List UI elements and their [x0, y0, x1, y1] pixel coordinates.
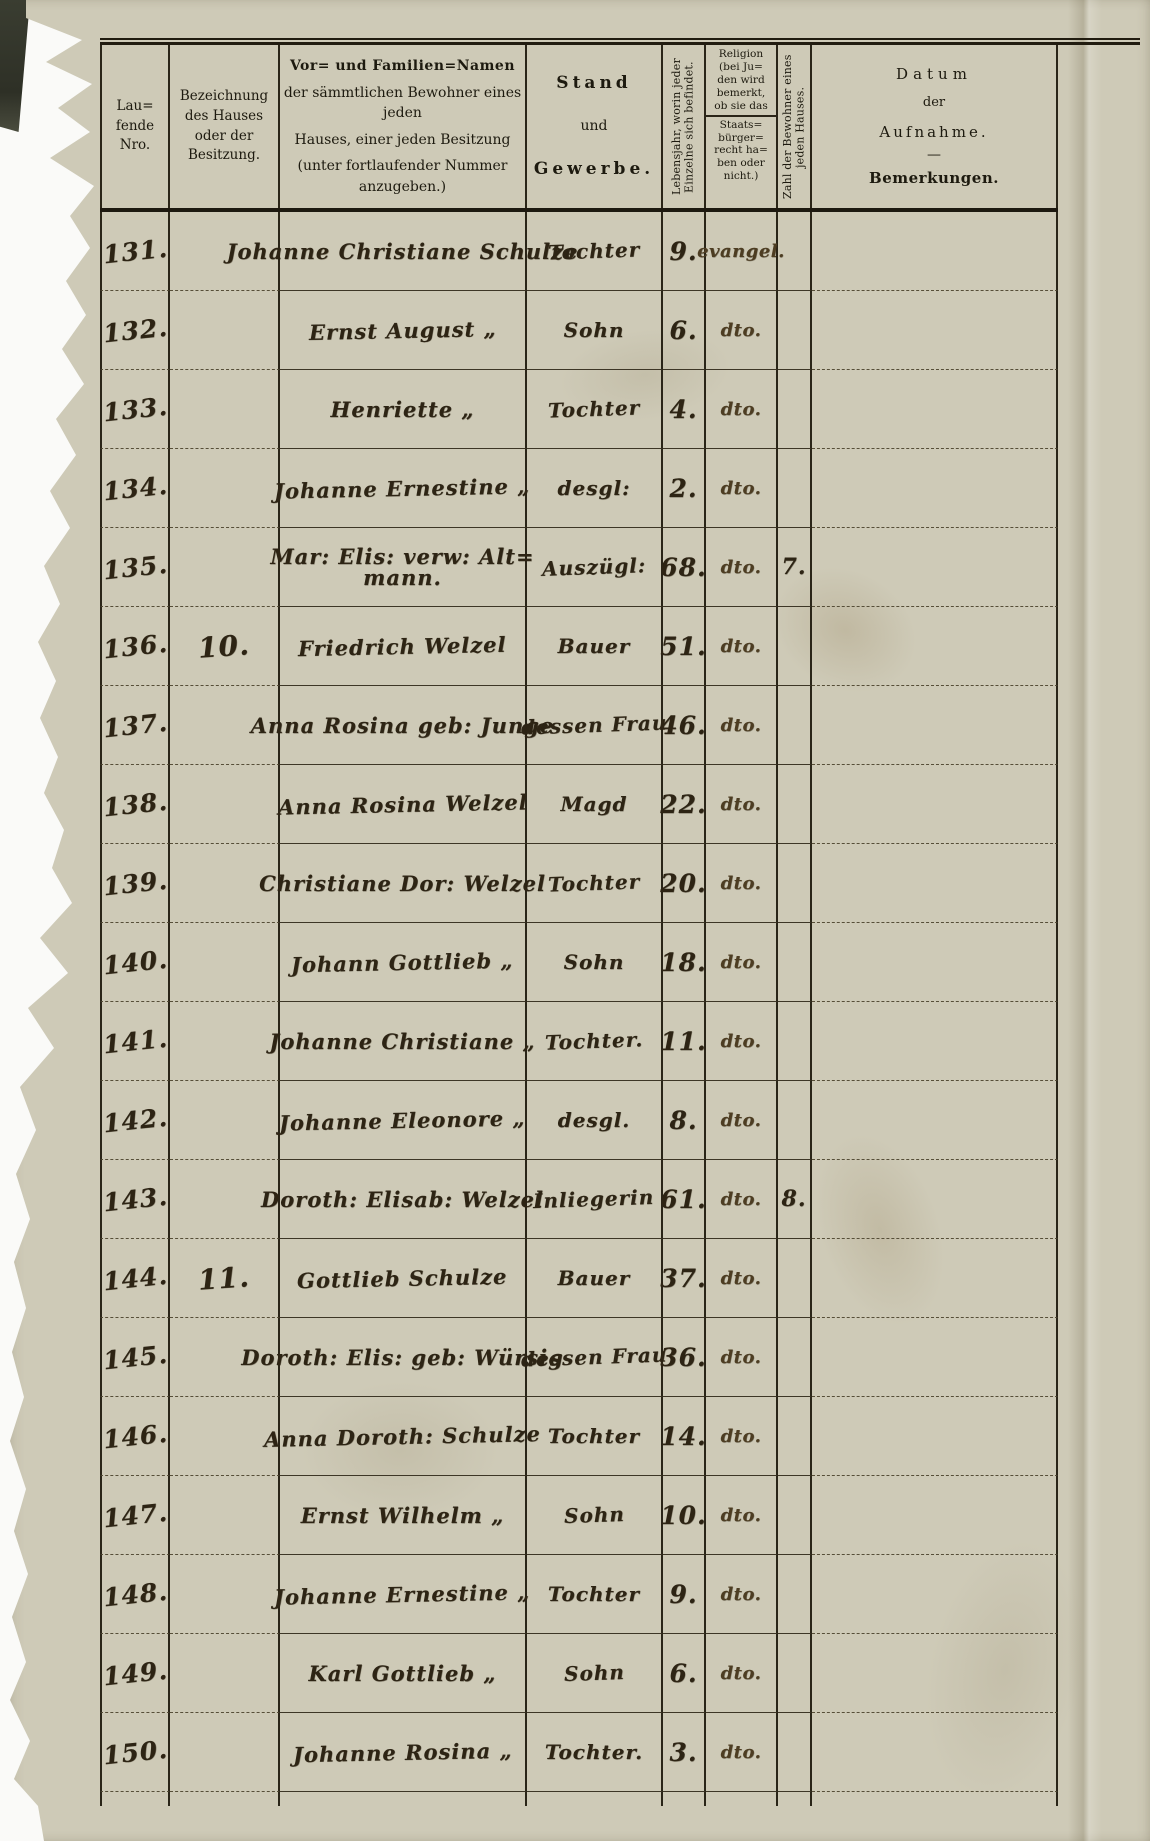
cell-inhabitant-name: Johanne Ernestine „: [280, 449, 527, 528]
cell-laufende-nro: 132.: [100, 291, 170, 370]
status-occupation: Magd: [560, 792, 627, 816]
header-stand-gewerbe: Stand und Gewerbe.: [527, 45, 663, 208]
status-occupation: Sohn: [564, 318, 625, 342]
table-top-double-rule: [100, 38, 1140, 45]
religion-header-divider: [706, 115, 776, 117]
cell-stand-gewerbe: Sohn: [527, 291, 663, 370]
cell-stand-gewerbe: Magd: [527, 765, 663, 844]
age-value: 9.: [669, 1580, 697, 1609]
status-occupation: Bauer: [558, 1266, 631, 1290]
inhabitant-name-line2: mann.: [363, 565, 442, 590]
status-occupation: Sohn: [563, 1502, 625, 1528]
cell-age: 18.: [663, 923, 706, 1002]
cell-stand-gewerbe: Tochter.: [527, 1002, 663, 1081]
cell-stand-gewerbe: Sohn: [527, 923, 663, 1002]
cell-datum-bemerkungen: [812, 765, 1058, 844]
cell-religion: dto.: [706, 844, 778, 923]
cell-laufende-nro: 145.: [100, 1318, 170, 1397]
header-title: Vor= und Familien=Namen: [290, 56, 515, 76]
cell-inhabitants-count: [778, 844, 812, 923]
cell-house-number: [170, 528, 280, 607]
inhabitants-count: 8.: [782, 1186, 807, 1212]
table-row: 137. Anna Rosina geb: Junge dessen Frau …: [100, 686, 1058, 765]
age-value: 36.: [660, 1343, 707, 1372]
cell-laufende-nro: 141.: [100, 1002, 170, 1081]
cell-stand-gewerbe: dessen Frau: [527, 1318, 663, 1397]
cell-age: 4.: [663, 370, 706, 449]
cell-stand-gewerbe: Sohn: [527, 1476, 663, 1555]
header-text: Datum: [896, 64, 972, 86]
cell-age: 68.: [663, 528, 706, 607]
cell-inhabitants-count: [778, 1476, 812, 1555]
cell-age: 6.: [663, 291, 706, 370]
cell-religion: dto.: [706, 765, 778, 844]
header-text: (bei Ju=: [719, 61, 763, 74]
cell-laufende-nro: 142.: [100, 1081, 170, 1160]
register-table: Lau= fende Nro. Bezeichnung des Hauses o…: [100, 45, 1058, 1806]
cell-inhabitant-name: Karl Gottlieb „: [280, 1634, 527, 1713]
cell-religion: dto.: [706, 1634, 778, 1713]
cell-datum-bemerkungen: [812, 1081, 1058, 1160]
header-text: (unter fortlaufender Nummer anzugeben.): [282, 156, 523, 197]
inhabitant-name: Johanne Ernestine „: [274, 1579, 531, 1609]
header-text: Nro.: [120, 136, 150, 156]
cell-inhabitants-count: [778, 212, 812, 291]
cell-stand-gewerbe: Sohn: [527, 1634, 663, 1713]
cell-inhabitants-count: [778, 1081, 812, 1160]
inhabitant-name: Johann Gottlieb „: [291, 947, 514, 977]
cell-house-number: [170, 291, 280, 370]
cell-inhabitant-name: Gottlieb Schulze: [280, 1239, 527, 1318]
row-number: 146.: [101, 1418, 169, 1454]
paper-sheet: Lau= fende Nro. Bezeichnung des Hauses o…: [0, 0, 1150, 1841]
cell-age: 11.: [663, 1002, 706, 1081]
religion-value: dto.: [721, 794, 762, 815]
cell-house-number: [170, 1002, 280, 1081]
cell-inhabitant-name: Anna Doroth: Schulze: [280, 1397, 527, 1476]
cell-inhabitants-count: [778, 1239, 812, 1318]
table-row: 147. Ernst Wilhelm „ Sohn 10. dto.: [100, 1476, 1058, 1555]
cell-datum-bemerkungen: [812, 686, 1058, 765]
table-row: 141. Johanne Christiane „ Tochter. 11. d…: [100, 1002, 1058, 1081]
status-occupation: Inliegerin: [533, 1185, 655, 1213]
cell-religion: dto.: [706, 528, 778, 607]
cell-stand-gewerbe: desgl:: [527, 449, 663, 528]
cell-religion: evangel.: [706, 212, 778, 291]
cell-religion: dto.: [706, 370, 778, 449]
cell-inhabitant-name: Johanne Eleonore „: [280, 1081, 527, 1160]
header-text: ob sie das: [714, 100, 768, 113]
age-value: 46.: [660, 711, 707, 740]
cell-inhabitant-name: Johanne Ernestine „: [280, 1555, 527, 1634]
cell-laufende-nro: 131.: [100, 212, 170, 291]
religion-value: dto.: [721, 1584, 762, 1605]
age-value: 51.: [660, 632, 707, 661]
cell-inhabitant-name: Henriette „: [280, 370, 527, 449]
underlying-cover-edge: [0, 0, 30, 132]
paper-crease: [1068, 0, 1102, 1841]
status-occupation: Auszügl:: [542, 553, 647, 581]
age-value: 18.: [660, 948, 707, 977]
cell-stand-gewerbe: Auszügl:: [527, 528, 663, 607]
age-value: 37.: [660, 1264, 707, 1293]
religion-value: dto.: [721, 1347, 762, 1368]
row-number: 138.: [101, 786, 169, 822]
cell-laufende-nro: 146.: [100, 1397, 170, 1476]
row-number: 132.: [101, 312, 169, 348]
table-row: 148. Johanne Ernestine „ Tochter 9. dto.: [100, 1555, 1058, 1634]
em-dash-divider: —: [927, 153, 941, 159]
age-value: 11.: [660, 1027, 707, 1056]
cell-laufende-nro: 150.: [100, 1713, 170, 1792]
cell-inhabitant-name: Mar: Elis: verw: Alt= mann.: [280, 528, 527, 607]
table-body: 131. Johanne Christiane Schulze Tochter …: [100, 212, 1058, 1792]
cell-religion: dto.: [706, 1239, 778, 1318]
cell-age: 2.: [663, 449, 706, 528]
header-laufende-nro: Lau= fende Nro.: [100, 45, 170, 208]
row-number: 136.: [101, 628, 169, 664]
cell-datum-bemerkungen: [812, 923, 1058, 1002]
religion-value: dto.: [721, 1031, 762, 1052]
cell-age: 20.: [663, 844, 706, 923]
cell-inhabitants-count: [778, 1397, 812, 1476]
cell-age: 6.: [663, 1634, 706, 1713]
header-text: Besitzung.: [188, 146, 260, 166]
row-number: 135.: [101, 549, 169, 585]
cell-house-number: [170, 1081, 280, 1160]
inhabitant-name: Karl Gottlieb „: [309, 1661, 497, 1686]
age-value: 61.: [660, 1185, 707, 1214]
row-number: 133.: [101, 391, 169, 427]
header-vertical-text: Zahl der Bewohner eines jeden Hauses.: [782, 48, 807, 206]
status-occupation: desgl.: [558, 1108, 631, 1132]
cell-inhabitant-name: Doroth: Elis: geb: Würsig: [280, 1318, 527, 1397]
row-number: 140.: [101, 944, 169, 980]
header-text: der sämmtlichen Bewohner eines jeden: [282, 83, 523, 124]
cell-age: 9.: [663, 1555, 706, 1634]
status-occupation: Sohn: [563, 1660, 625, 1686]
header-text: recht ha=: [714, 144, 768, 157]
table-row: 149. Karl Gottlieb „ Sohn 6. dto.: [100, 1634, 1058, 1713]
cell-datum-bemerkungen: [812, 1002, 1058, 1081]
cell-stand-gewerbe: Inliegerin: [527, 1160, 663, 1239]
cell-religion: dto.: [706, 607, 778, 686]
cell-inhabitants-count: [778, 449, 812, 528]
age-value: 3.: [669, 1738, 697, 1767]
cell-inhabitants-count: [778, 291, 812, 370]
status-occupation: dessen Frau: [520, 1342, 667, 1371]
inhabitant-name: Gottlieb Schulze: [297, 1263, 508, 1292]
cell-inhabitants-count: 8.: [778, 1160, 812, 1239]
cell-religion: dto.: [706, 1002, 778, 1081]
table-row: 134. Johanne Ernestine „ desgl: 2. dto.: [100, 449, 1058, 528]
cell-religion: dto.: [706, 1397, 778, 1476]
header-bezeichnung-haus: Bezeichnung des Hauses oder der Besitzun…: [170, 45, 280, 208]
inhabitant-name: Ernst August „: [308, 316, 496, 345]
table-row: 144. 11. Gottlieb Schulze Bauer 37. dto.: [100, 1239, 1058, 1318]
inhabitant-name: Doroth: Elis: geb: Würsig: [241, 1345, 564, 1370]
cell-inhabitant-name: Johanne Christiane Schulze: [280, 212, 527, 291]
cell-laufende-nro: 138.: [100, 765, 170, 844]
religion-value: dto.: [721, 715, 762, 736]
header-text: Aufnahme.: [879, 122, 988, 144]
status-occupation: Tochter: [548, 1582, 640, 1606]
cell-inhabitant-name: Anna Rosina geb: Junge: [280, 686, 527, 765]
table-header-row: Lau= fende Nro. Bezeichnung des Hauses o…: [100, 45, 1058, 212]
status-occupation: Sohn: [564, 950, 625, 974]
religion-value: dto.: [721, 873, 762, 894]
header-vertical-text: Lebensjahr, worin jeder Einzelne sich be…: [671, 48, 696, 206]
inhabitant-name: Johanne Christiane „: [269, 1029, 535, 1054]
age-value: 9.: [669, 237, 697, 266]
religion-value: dto.: [721, 320, 762, 341]
cell-inhabitant-name: Friedrich Welzel: [280, 607, 527, 686]
cell-stand-gewerbe: desgl.: [527, 1081, 663, 1160]
inhabitant-name: Anna Doroth: Schulze: [264, 1421, 541, 1452]
religion-value: dto.: [721, 952, 762, 973]
cell-religion: dto.: [706, 1160, 778, 1239]
age-value: 68.: [660, 553, 707, 582]
cell-datum-bemerkungen: [812, 607, 1058, 686]
cell-house-number: [170, 449, 280, 528]
table-row: 138. Anna Rosina Welzel Magd 22. dto.: [100, 765, 1058, 844]
cell-datum-bemerkungen: [812, 1713, 1058, 1792]
religion-value: dto.: [721, 1663, 762, 1684]
cell-datum-bemerkungen: [812, 449, 1058, 528]
cell-house-number: [170, 1476, 280, 1555]
cell-datum-bemerkungen: [812, 1239, 1058, 1318]
cell-age: 46.: [663, 686, 706, 765]
header-text: Staats=: [720, 119, 763, 132]
cell-house-number: [170, 1555, 280, 1634]
row-number: 141.: [101, 1023, 169, 1059]
status-occupation: desgl:: [558, 476, 631, 500]
inhabitant-name: Doroth: Elisab: Welzel: [261, 1187, 544, 1212]
inhabitant-name: Johanne Christiane Schulze: [227, 239, 579, 264]
inhabitant-name: Henriette „: [330, 397, 474, 422]
inhabitants-count: 7.: [782, 554, 807, 580]
row-number: 145.: [101, 1339, 169, 1375]
cell-religion: dto.: [706, 1713, 778, 1792]
religion-value: dto.: [721, 399, 762, 420]
status-occupation: Bauer: [558, 634, 631, 658]
cell-stand-gewerbe: Bauer: [527, 1239, 663, 1318]
cell-house-number: [170, 1634, 280, 1713]
table-row: 131. Johanne Christiane Schulze Tochter …: [100, 212, 1058, 291]
cell-inhabitants-count: [778, 923, 812, 1002]
cell-datum-bemerkungen: [812, 370, 1058, 449]
inhabitant-name: Friedrich Welzel: [298, 631, 507, 660]
cell-inhabitant-name: Johann Gottlieb „: [280, 923, 527, 1002]
status-occupation: Tochter.: [545, 1740, 643, 1764]
table-row: 136. 10. Friedrich Welzel Bauer 51. dto.: [100, 607, 1058, 686]
table-row: 140. Johann Gottlieb „ Sohn 18. dto.: [100, 923, 1058, 1002]
cell-inhabitants-count: [778, 1002, 812, 1081]
table-row: 143. Doroth: Elisab: Welzel Inliegerin 6…: [100, 1160, 1058, 1239]
cell-laufende-nro: 133.: [100, 370, 170, 449]
header-text: und: [581, 116, 608, 136]
age-value: 22.: [660, 790, 707, 819]
inhabitant-name: Christiane Dor: Welzel: [259, 871, 546, 896]
religion-value: dto.: [721, 557, 762, 578]
cell-stand-gewerbe: Tochter.: [527, 1713, 663, 1792]
age-value: 10.: [660, 1501, 707, 1530]
table-row: 145. Doroth: Elis: geb: Würsig dessen Fr…: [100, 1318, 1058, 1397]
cell-laufende-nro: 147.: [100, 1476, 170, 1555]
cell-inhabitant-name: Anna Rosina Welzel: [280, 765, 527, 844]
cell-laufende-nro: 143.: [100, 1160, 170, 1239]
cell-datum-bemerkungen: [812, 844, 1058, 923]
cell-datum-bemerkungen: [812, 212, 1058, 291]
cell-inhabitants-count: [778, 765, 812, 844]
cell-stand-gewerbe: Bauer: [527, 607, 663, 686]
header-text: fende: [116, 117, 154, 137]
religion-value: dto.: [721, 1742, 762, 1763]
table-row: 142. Johanne Eleonore „ desgl. 8. dto.: [100, 1081, 1058, 1160]
cell-house-number: 10.: [170, 607, 280, 686]
religion-value: dto.: [721, 1268, 762, 1289]
status-occupation: Tochter.: [544, 1027, 643, 1054]
cell-inhabitant-name: Christiane Dor: Welzel: [280, 844, 527, 923]
header-text: oder der: [195, 127, 254, 147]
cell-house-number: [170, 923, 280, 1002]
cell-religion: dto.: [706, 291, 778, 370]
cell-religion: dto.: [706, 1555, 778, 1634]
age-value: 6.: [669, 1659, 697, 1688]
table-row: 132. Ernst August „ Sohn 6. dto.: [100, 291, 1058, 370]
cell-laufende-nro: 140.: [100, 923, 170, 1002]
age-value: 20.: [660, 869, 707, 898]
cell-datum-bemerkungen: [812, 1318, 1058, 1397]
header-text: der: [923, 94, 945, 113]
header-text: Hauses, einer jeden Besitzung: [295, 130, 511, 150]
inhabitant-name: Johanne Eleonore „: [279, 1105, 526, 1135]
cell-datum-bemerkungen: [812, 528, 1058, 607]
header-lebensjahr: Lebensjahr, worin jeder Einzelne sich be…: [663, 45, 706, 208]
header-text: bürger=: [718, 132, 764, 145]
house-number: 11.: [197, 1260, 251, 1297]
table-rule-stub: [100, 1792, 1058, 1806]
cell-religion: dto.: [706, 686, 778, 765]
table-row: 135. Mar: Elis: verw: Alt= mann. Auszügl…: [100, 528, 1058, 607]
row-number: 148.: [101, 1576, 169, 1612]
inhabitant-name: Johanne Rosina „: [292, 1737, 512, 1767]
house-number: 10.: [197, 628, 251, 665]
header-text: nicht.): [724, 170, 759, 183]
table-row: 139. Christiane Dor: Welzel Tochter 20. …: [100, 844, 1058, 923]
cell-inhabitants-count: [778, 1318, 812, 1397]
header-text: Stand: [556, 71, 631, 96]
cell-stand-gewerbe: dessen Frau: [527, 686, 663, 765]
inhabitant-name: Anna Rosina geb: Junge: [251, 713, 555, 738]
header-zahl-bewohner: Zahl der Bewohner eines jeden Hauses.: [778, 45, 812, 208]
cell-datum-bemerkungen: [812, 291, 1058, 370]
cell-inhabitants-count: [778, 607, 812, 686]
row-number: 142.: [101, 1102, 169, 1138]
row-number: 143.: [101, 1181, 169, 1217]
inhabitant-name: Anna Rosina Welzel: [277, 789, 527, 819]
table-row: 150. Johanne Rosina „ Tochter. 3. dto.: [100, 1713, 1058, 1792]
cell-laufende-nro: 148.: [100, 1555, 170, 1634]
header-text: Bemerkungen.: [869, 168, 999, 190]
cell-house-number: 11.: [170, 1239, 280, 1318]
age-value: 2.: [669, 474, 697, 503]
age-value: 8.: [669, 1106, 697, 1135]
cell-inhabitant-name: Ernst Wilhelm „: [280, 1476, 527, 1555]
cell-stand-gewerbe: Tochter: [527, 844, 663, 923]
status-occupation: Tochter: [548, 237, 641, 264]
cell-datum-bemerkungen: [812, 1634, 1058, 1713]
row-number: 137.: [101, 707, 169, 743]
cell-stand-gewerbe: Tochter: [527, 370, 663, 449]
cell-house-number: [170, 370, 280, 449]
cell-datum-bemerkungen: [812, 1160, 1058, 1239]
status-occupation: Tochter: [548, 395, 641, 422]
header-datum-bemerkungen: Datum der Aufnahme. — Bemerkungen.: [812, 45, 1058, 208]
cell-age: 61.: [663, 1160, 706, 1239]
header-religion: Religion (bei Ju= den wird bemerkt, ob s…: [706, 45, 778, 208]
cell-age: 22.: [663, 765, 706, 844]
cell-inhabitants-count: [778, 686, 812, 765]
status-occupation: Tochter: [548, 869, 641, 896]
religion-value: dto.: [721, 1189, 762, 1210]
cell-inhabitant-name: Johanne Christiane „: [280, 1002, 527, 1081]
religion-value: dto.: [721, 478, 762, 499]
row-number: 149.: [101, 1655, 169, 1691]
row-number: 131.: [101, 233, 169, 269]
religion-value: dto.: [721, 1426, 762, 1447]
cell-inhabitants-count: [778, 1634, 812, 1713]
cell-religion: dto.: [706, 1081, 778, 1160]
row-number: 150.: [101, 1734, 169, 1770]
religion-value: dto.: [721, 1505, 762, 1526]
cell-inhabitant-name: Johanne Rosina „: [280, 1713, 527, 1792]
religion-value: dto.: [721, 1110, 762, 1131]
inhabitant-name: Ernst Wilhelm „: [301, 1503, 505, 1528]
cell-age: 36.: [663, 1318, 706, 1397]
cell-inhabitants-count: [778, 1555, 812, 1634]
cell-datum-bemerkungen: [812, 1555, 1058, 1634]
cell-age: 37.: [663, 1239, 706, 1318]
row-number: 134.: [101, 470, 169, 506]
cell-religion: dto.: [706, 449, 778, 528]
header-text: Lau=: [116, 97, 153, 117]
cell-laufende-nro: 144.: [100, 1239, 170, 1318]
cell-inhabitant-name: Ernst August „: [280, 291, 527, 370]
cell-religion: dto.: [706, 1318, 778, 1397]
cell-inhabitants-count: [778, 1713, 812, 1792]
cell-laufende-nro: 136.: [100, 607, 170, 686]
cell-age: 10.: [663, 1476, 706, 1555]
cell-religion: dto.: [706, 923, 778, 1002]
row-number: 144.: [101, 1260, 169, 1296]
header-text: Gewerbe.: [534, 157, 654, 182]
cell-stand-gewerbe: Tochter: [527, 1397, 663, 1476]
religion-value: evangel.: [697, 241, 785, 262]
cell-stand-gewerbe: Tochter: [527, 212, 663, 291]
row-number: 147.: [101, 1497, 169, 1533]
cell-age: 14.: [663, 1397, 706, 1476]
cell-inhabitants-count: [778, 370, 812, 449]
age-value: 4.: [669, 395, 697, 424]
header-text: den wird: [717, 74, 765, 87]
cell-datum-bemerkungen: [812, 1476, 1058, 1555]
header-text: Bezeichnung: [180, 87, 268, 107]
table-row: 146. Anna Doroth: Schulze Tochter 14. dt…: [100, 1397, 1058, 1476]
cell-inhabitant-name: Doroth: Elisab: Welzel: [280, 1160, 527, 1239]
header-vor-und-familiennamen: Vor= und Familien=Namen der sämmtlichen …: [280, 45, 527, 208]
status-occupation: Tochter: [548, 1424, 640, 1448]
